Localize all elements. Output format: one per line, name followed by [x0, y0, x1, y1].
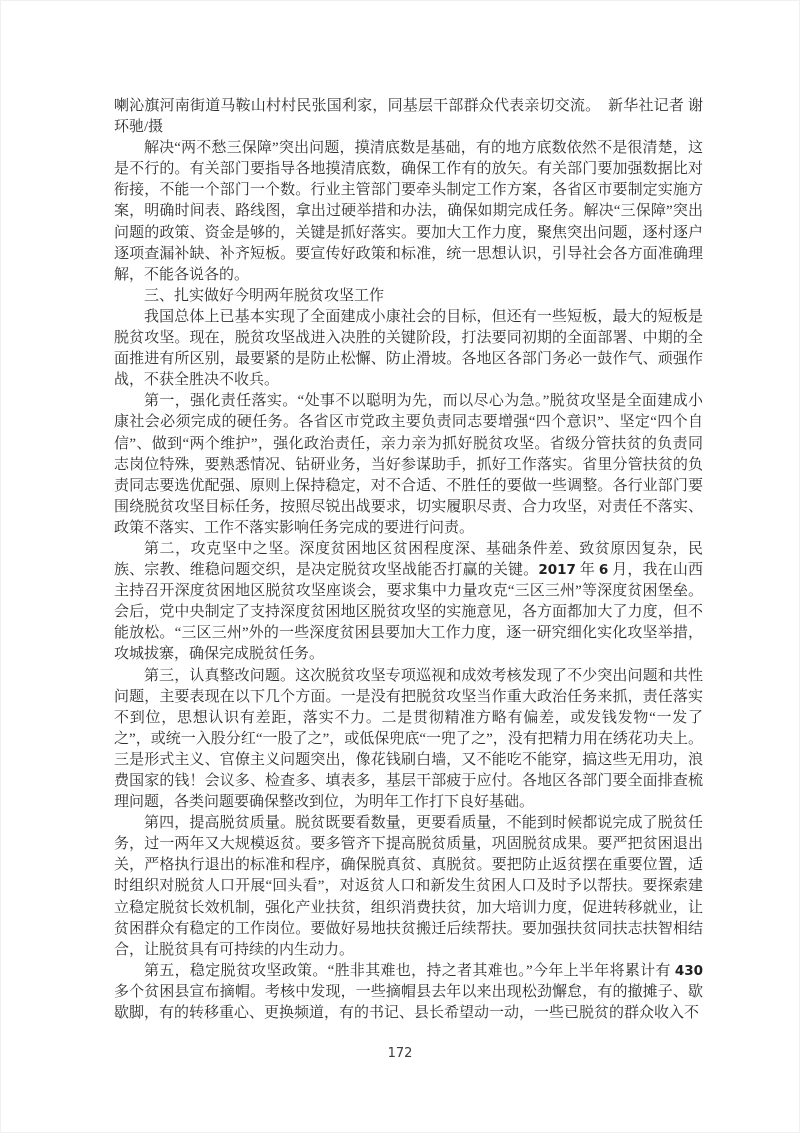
paragraph: 我国总体上已基本实现了全面建成小康社会的目标，但还有一些短板，最大的短板是脱贫攻…: [114, 307, 703, 391]
section-heading: 三、扎实做好今明两年脱贫攻坚工作: [114, 286, 703, 307]
paragraph: 第二，攻克坚中之坚。深度贫困地区贫困程度深、基础条件差、致贫原因复杂，民族、宗教…: [114, 539, 703, 666]
page-number: 172: [0, 1046, 800, 1061]
document-page: 喇沁旗河南街道马鞍山村村民张国利家，同基层干部群众代表亲切交流。 新华社记者 谢…: [0, 0, 800, 1133]
document-body: 喇沁旗河南街道马鞍山村村民张国利家，同基层干部群众代表亲切交流。 新华社记者 谢…: [114, 96, 703, 1024]
paragraph: 第五，稳定脱贫攻坚政策。“胜非其难也，持之者其难也。”今年上半年将累计有 430…: [114, 961, 703, 1024]
paragraph: 第四，提高脱贫质量。脱贫既要看数量，更要看质量，不能到时候都说完成了脱贫任务，过…: [114, 813, 703, 961]
paragraph: 解决“两不愁三保障”突出问题，摸清底数是基础，有的地方底数依然不是很清楚，这是不…: [114, 138, 703, 286]
photo-caption-continuation: 喇沁旗河南街道马鞍山村村民张国利家，同基层干部群众代表亲切交流。 新华社记者 谢…: [114, 96, 703, 138]
paragraph: 第三，认真整改问题。这次脱贫攻坚专项巡视和成效考核发现了不少突出问题和共性问题，…: [114, 666, 703, 814]
paragraph: 第一，强化责任落实。“处事不以聪明为先，而以尽心为急。”脱贫攻坚是全面建成小康社…: [114, 391, 703, 539]
